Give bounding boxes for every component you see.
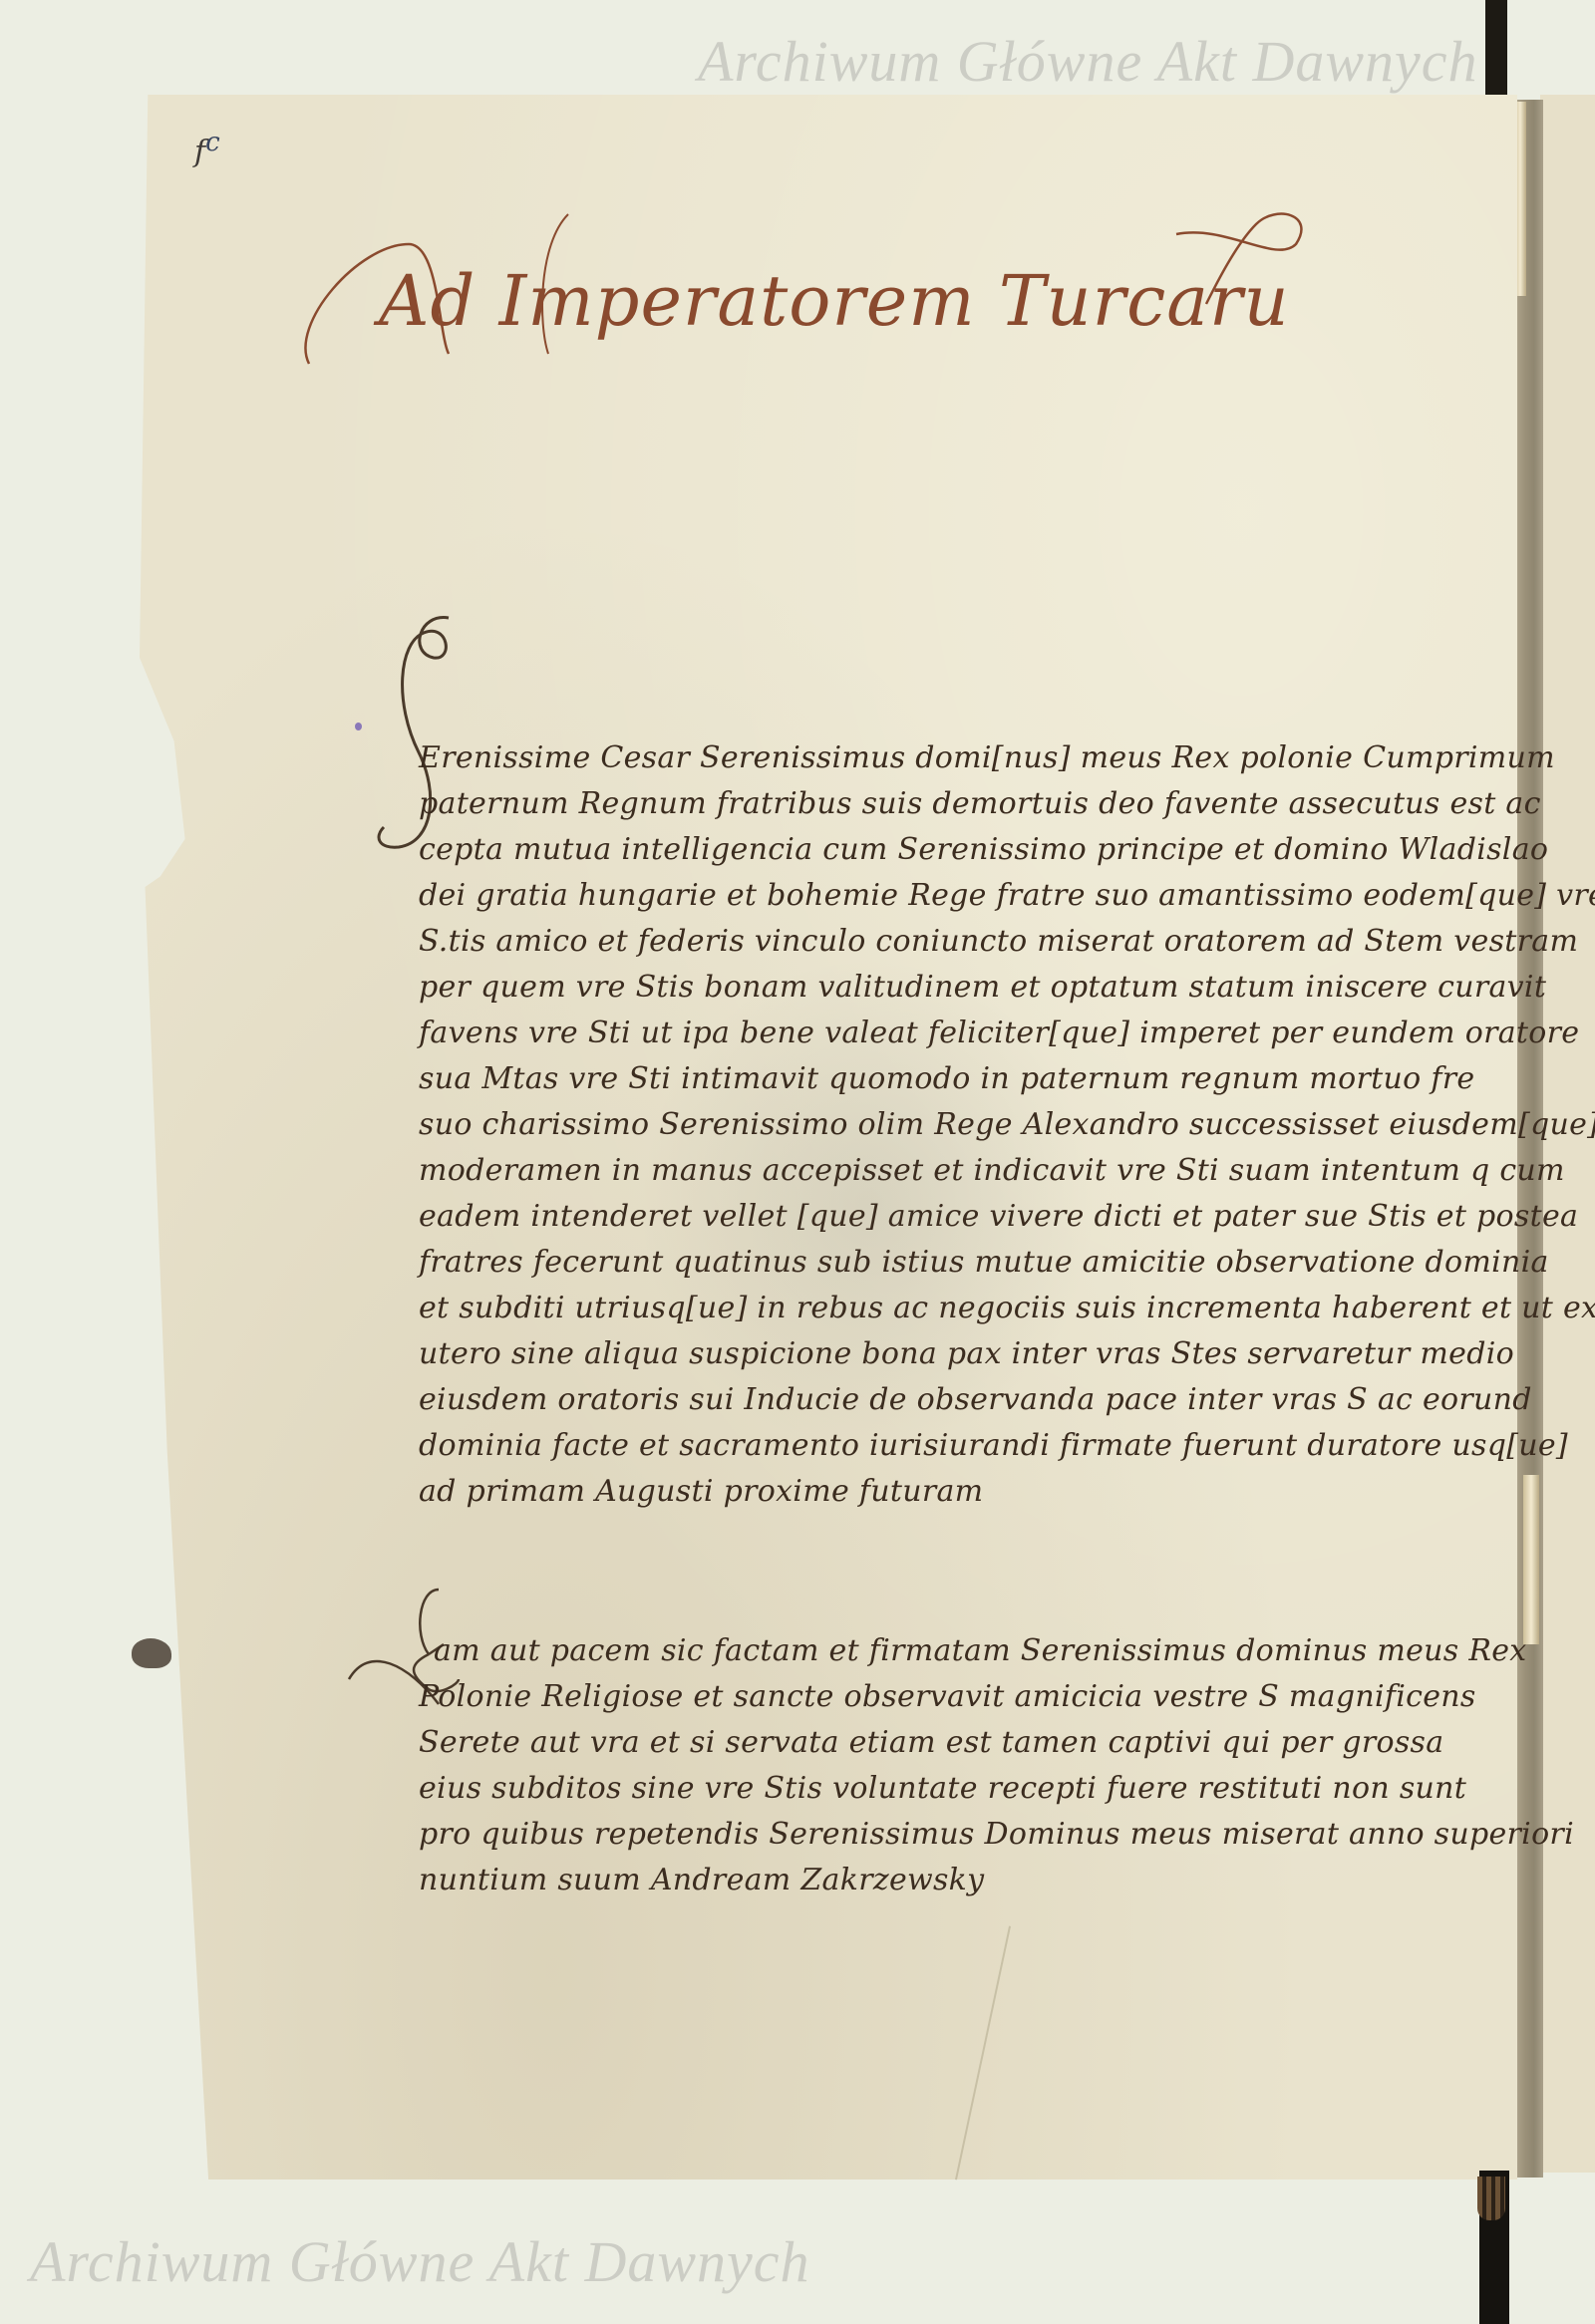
binding-tassel — [1477, 2177, 1505, 2220]
paragraph-1: Erenissime Cesar Serenissimus domi[nus] … — [419, 735, 1595, 1515]
text-line: Polonie Religiose et sancte observavit a… — [419, 1674, 1574, 1720]
text-line: fratres fecerunt quatinus sub istius mut… — [419, 1240, 1595, 1286]
folio-superscript: c — [205, 128, 220, 157]
text-line: S.tis amico et federis vinculo coniuncto… — [419, 919, 1595, 965]
text-line: ad primam Augusti proxime futuram — [419, 1469, 1595, 1515]
archive-watermark-top: Archiwum Główne Akt Dawnych — [698, 28, 1478, 95]
text-line: per quem vre Stis bonam valitudinem et o… — [419, 965, 1595, 1011]
text-line: dei gratia hungarie et bohemie Rege frat… — [419, 873, 1595, 919]
folio-letter: f — [194, 135, 205, 169]
text-line: Erenissime Cesar Serenissimus domi[nus] … — [419, 735, 1595, 781]
text-line: utero sine aliqua suspicione bona pax in… — [419, 1331, 1595, 1377]
text-line: eadem intenderet vellet [que] amice vive… — [419, 1194, 1595, 1240]
binding-strap-bottom — [1479, 2171, 1509, 2324]
text-line: eius subditos sine vre Stis voluntate re… — [419, 1766, 1574, 1812]
binding-strap-top — [1485, 0, 1507, 100]
text-line: et subditi utriusq[ue] in rebus ac negoc… — [419, 1286, 1595, 1331]
text-line: am aut pacem sic factam et firmatam Sere… — [419, 1628, 1574, 1674]
text-line: nuntium suum Andream Zakrzewsky — [419, 1858, 1574, 1903]
text-line: eiusdem oratoris sui Inducie de observan… — [419, 1377, 1595, 1423]
text-line: Serete aut vra et si servata etiam est t… — [419, 1720, 1574, 1766]
text-line: moderamen in manus accepisset et indicav… — [419, 1148, 1595, 1194]
text-line: cepta mutua intelligencia cum Serenissim… — [419, 827, 1595, 873]
text-line: suo charissimo Serenissimo olim Rege Ale… — [419, 1102, 1595, 1148]
text-line: favens vre Sti ut ipa bene valeat felici… — [419, 1011, 1595, 1056]
letter-heading: Ad Imperatorem Turcaru — [299, 204, 1346, 404]
text-line: paternum Regnum fratribus suis demortuis… — [419, 781, 1595, 827]
heading-text: Ad Imperatorem Turcaru — [379, 260, 1290, 342]
paragraph-2: am aut pacem sic factam et firmatam Sere… — [419, 1628, 1574, 1903]
archive-watermark-bottom: Archiwum Główne Akt Dawnych — [30, 2228, 810, 2295]
text-line: sua Mtas vre Sti intimavit quomodo in pa… — [419, 1056, 1595, 1102]
text-line: pro quibus repetendis Serenissimus Domin… — [419, 1812, 1574, 1858]
folio-number: fc — [194, 128, 220, 169]
violet-ink-mark — [355, 723, 362, 730]
text-line: dominia facte et sacramento iurisiurandi… — [419, 1423, 1595, 1469]
ink-blot — [132, 1638, 171, 1668]
